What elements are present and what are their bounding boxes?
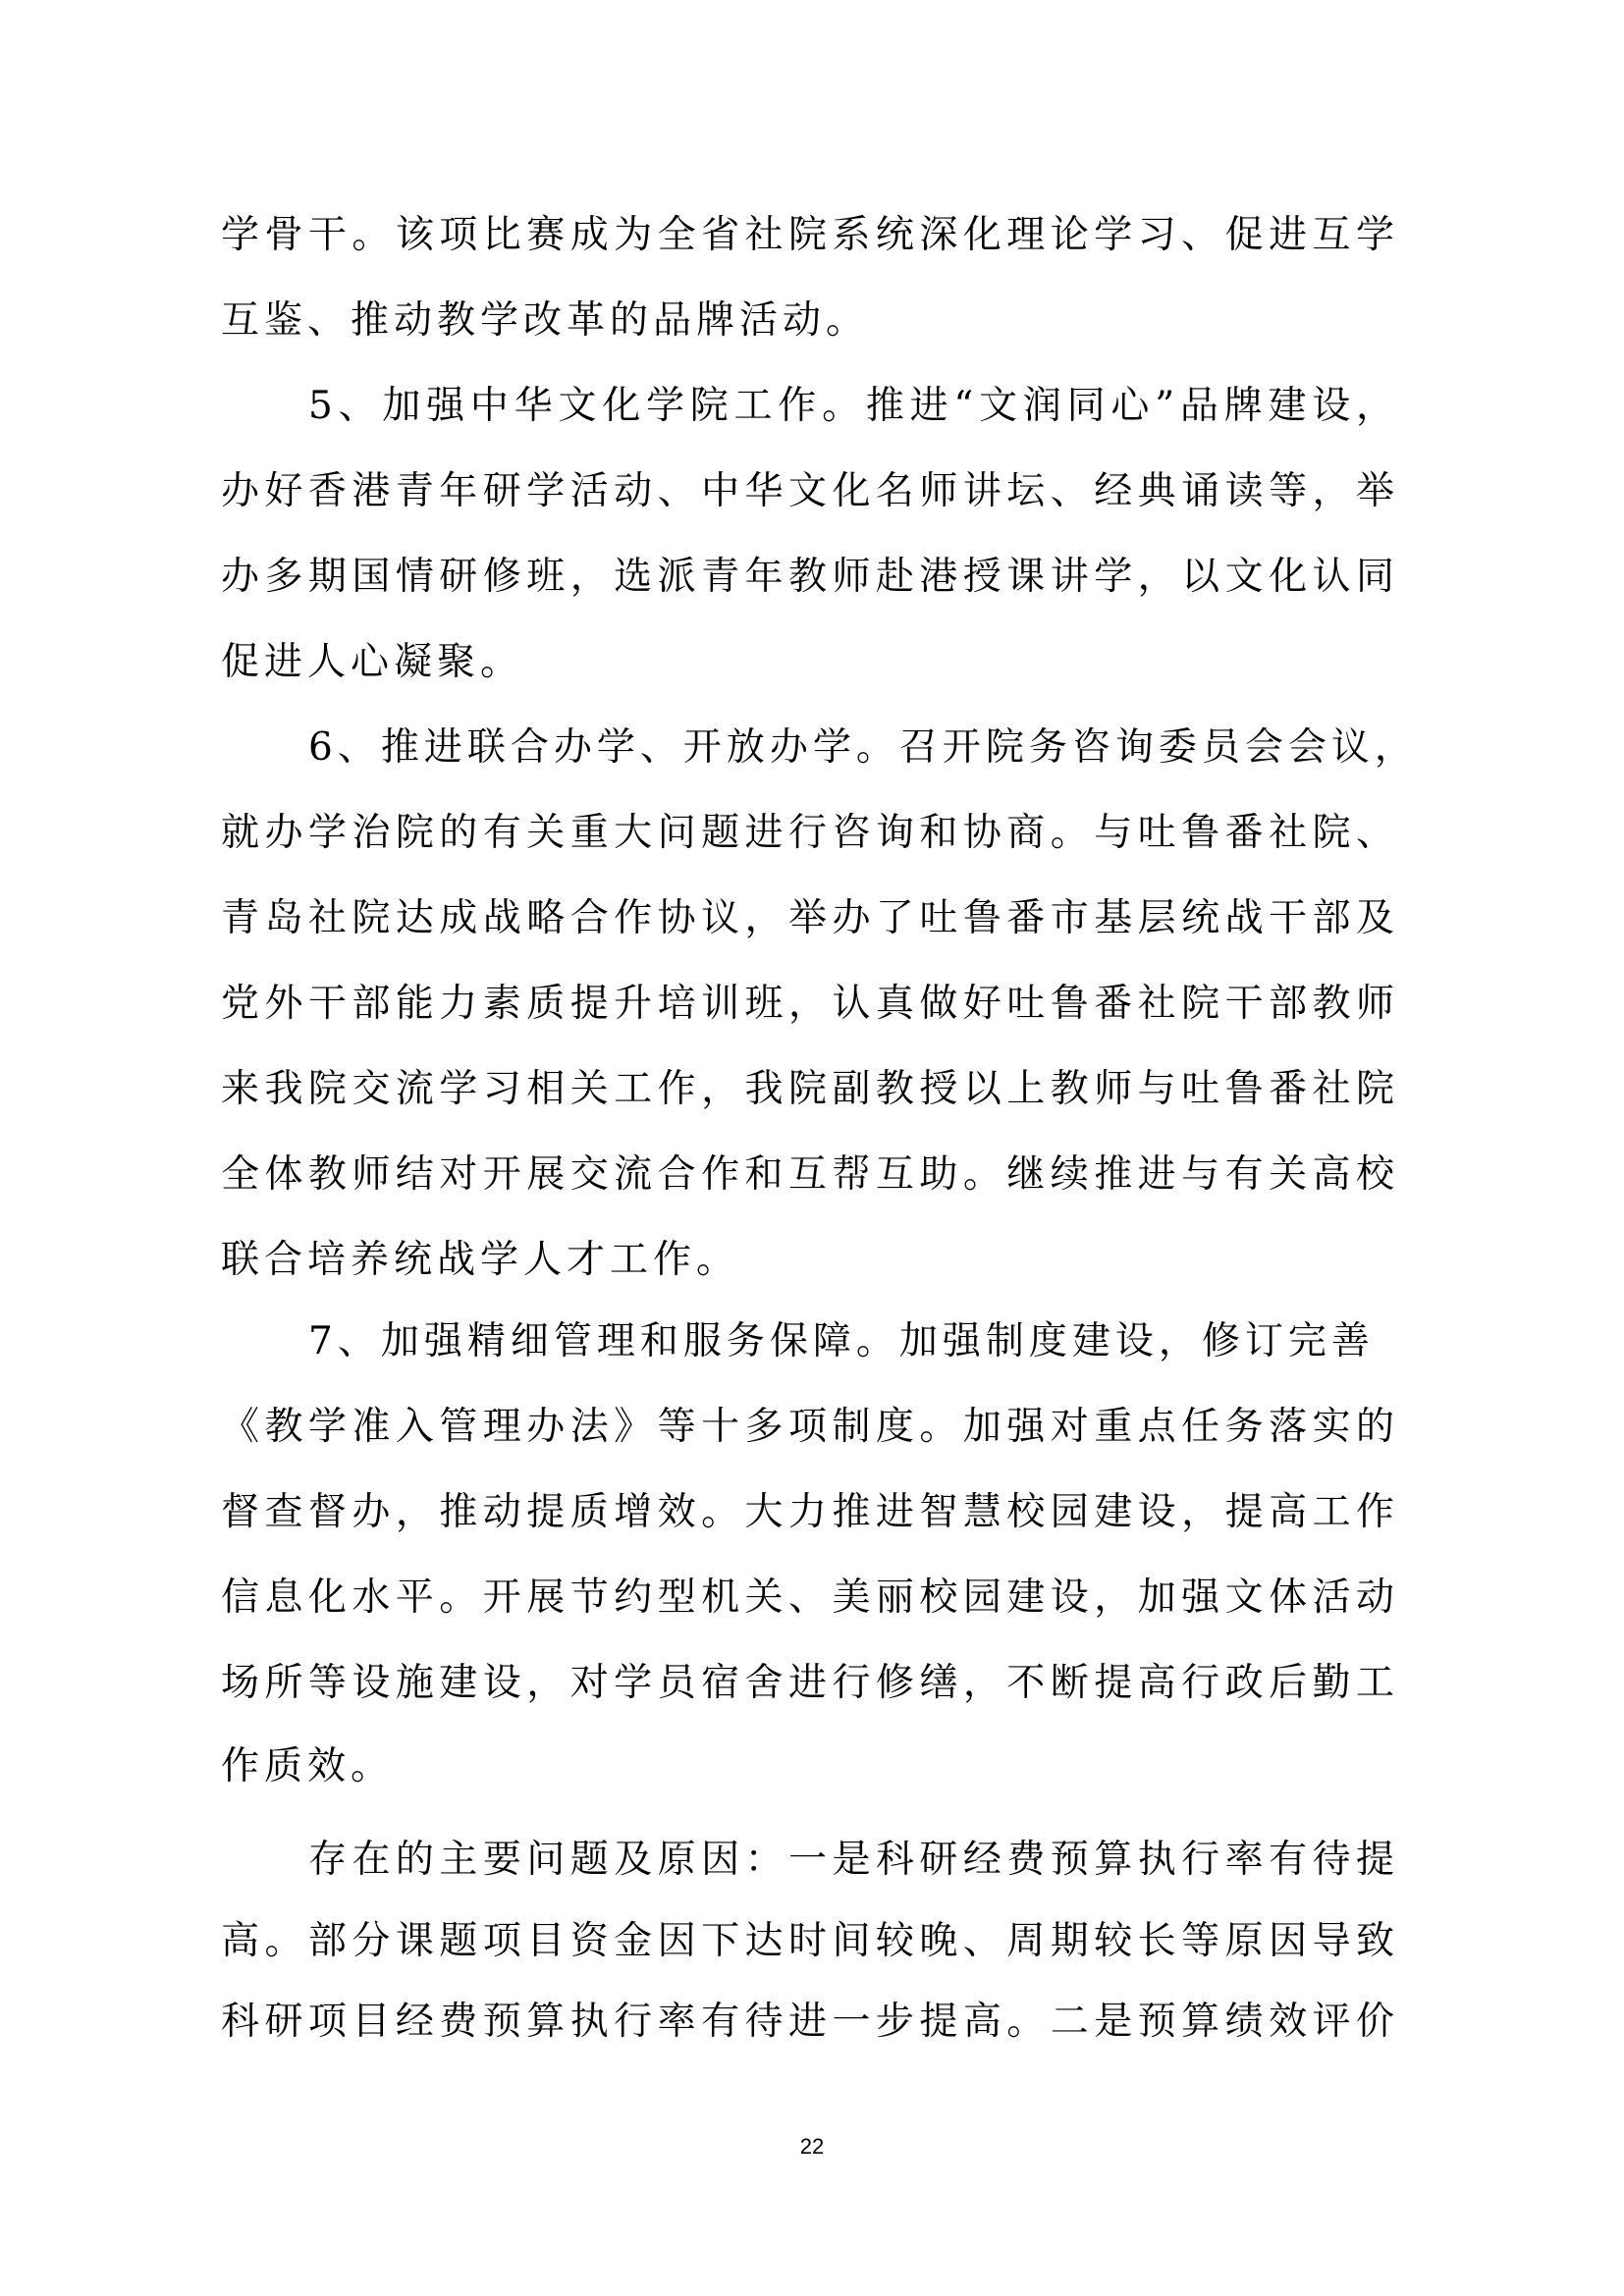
text-line: 《教学准入管理办法》等十多项制度。加强对重点任务落实的 <box>221 1404 1399 1451</box>
text-line: 学骨干。该项比赛成为全省社院系统深化理论学习、促进互学 <box>221 212 1399 259</box>
text-line: 作质效。 <box>221 1743 1399 1790</box>
text-line: 青岛社院达成战略合作协议，举办了吐鲁番市基层统战干部及 <box>221 895 1399 942</box>
page-number: 22 <box>0 2134 1624 2160</box>
text-line: 督查督办，推动提质增效。大力推进智慧校园建设，提高工作 <box>221 1489 1399 1536</box>
document-page: 学骨干。该项比赛成为全省社院系统深化理论学习、促进互学 互鉴、推动教学改革的品牌… <box>0 0 1624 2296</box>
text-line: 全体教师结对开展交流合作和互帮互助。继续推进与有关高校 <box>221 1151 1399 1199</box>
paragraph-5-start: 5、加强中华文化学院工作。推进“文润同心”品牌建设， <box>308 383 1399 430</box>
text-line: 就办学治院的有关重大问题进行咨询和协商。与吐鲁番社院、 <box>221 810 1399 857</box>
text-line: 高。部分课题项目资金因下达时间较晚、周期较长等原因导致 <box>221 1918 1399 1965</box>
text-line: 来我院交流学习相关工作，我院副教授以上教师与吐鲁番社院 <box>221 1066 1399 1113</box>
text-line: 互鉴、推动教学改革的品牌活动。 <box>221 297 1399 345</box>
text-line: 办多期国情研修班，选派青年教师赴港授课讲学，以文化认同 <box>221 554 1399 601</box>
text-line: 促进人心凝聚。 <box>221 639 1399 686</box>
problems-paragraph-start: 存在的主要问题及原因：一是科研经费预算执行率有待提 <box>308 1837 1399 1884</box>
paragraph-7-start: 7、加强精细管理和服务保障。加强制度建设，修订完善 <box>308 1318 1399 1365</box>
text-line: 信息化水平。开展节约型机关、美丽校园建设，加强文体活动 <box>221 1575 1399 1622</box>
paragraph-6-start: 6、推进联合办学、开放办学。召开院务咨询委员会会议， <box>308 724 1399 772</box>
text-line: 联合培养统战学人才工作。 <box>221 1237 1399 1284</box>
text-line: 党外干部能力素质提升培训班，认真做好吐鲁番社院干部教师 <box>221 981 1399 1028</box>
text-line: 场所等设施建设，对学员宿舍进行修缮，不断提高行政后勤工 <box>221 1660 1399 1707</box>
text-line: 办好香港青年研学活动、中华文化名师讲坛、经典诵读等，举 <box>221 468 1399 515</box>
text-line: 科研项目经费预算执行率有待进一步提高。二是预算绩效评价 <box>221 1999 1399 2046</box>
